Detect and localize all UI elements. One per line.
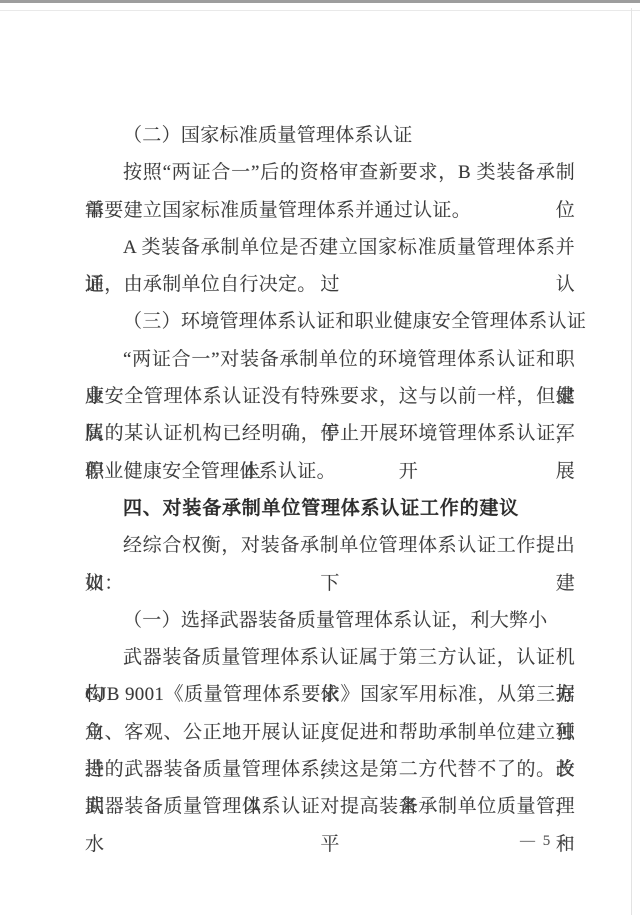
section-heading-3: （三）环境管理体系认证和职业健康安全管理体系认证: [85, 303, 575, 340]
chapter-heading-4: 四、对装备承制单位管理体系认证工作的建议: [85, 490, 575, 527]
paragraph-line: 武器装备质量管理体系认证属于第三方认证，认证机构依据: [85, 639, 575, 676]
scan-right-edge: [631, 8, 632, 915]
paragraph-line: 武器装备质量管理体系认证对提高装备承制单位质量管理水平和: [85, 788, 575, 825]
paragraph-line: 立、客观、公正地开展认证，促进和帮助承制单位建立可持续改: [85, 714, 575, 751]
paragraph-line: 队的某认证机构已经明确，停止开展环境管理体系认证，停止开展: [85, 415, 575, 452]
section-heading-2: （二）国家标准质量管理体系认证: [85, 117, 575, 154]
scanned-document-page: { "document": { "lines": [ "（二）国家标准质量管理体…: [0, 0, 640, 915]
paragraph-line: 按照“两证合一”后的资格审查新要求，B 类装备承制单位: [85, 154, 575, 191]
paragraph-line: “两证合一”对装备承制单位的环境管理体系认证和职业健: [85, 341, 575, 378]
paragraph-line: A 类装备承制单位是否建立国家标准质量管理体系并通过认: [85, 229, 575, 266]
paragraph-line: 经综合权衡，对装备承制单位管理体系认证工作提出如下建: [85, 527, 575, 564]
paragraph-line: GJB 9001《质量管理体系要求》国家军用标准，从第三方角度独: [85, 676, 575, 713]
section-heading-1: （一）选择武器装备质量管理体系认证，利大弊小: [85, 602, 575, 639]
document-body: （二）国家标准质量管理体系认证 按照“两证合一”后的资格审查新要求，B 类装备承…: [85, 117, 575, 826]
page-number: — 5 —: [520, 833, 575, 850]
paragraph-line: 进的武器装备质量管理体系，这是第二方代替不了的。长期以来，: [85, 751, 575, 788]
scan-top-faint-line: [0, 10, 640, 11]
paragraph-line: 康安全管理体系认证没有特殊要求，这与以前一样，但隶属于军: [85, 378, 575, 415]
scan-top-edge: [0, 0, 640, 3]
